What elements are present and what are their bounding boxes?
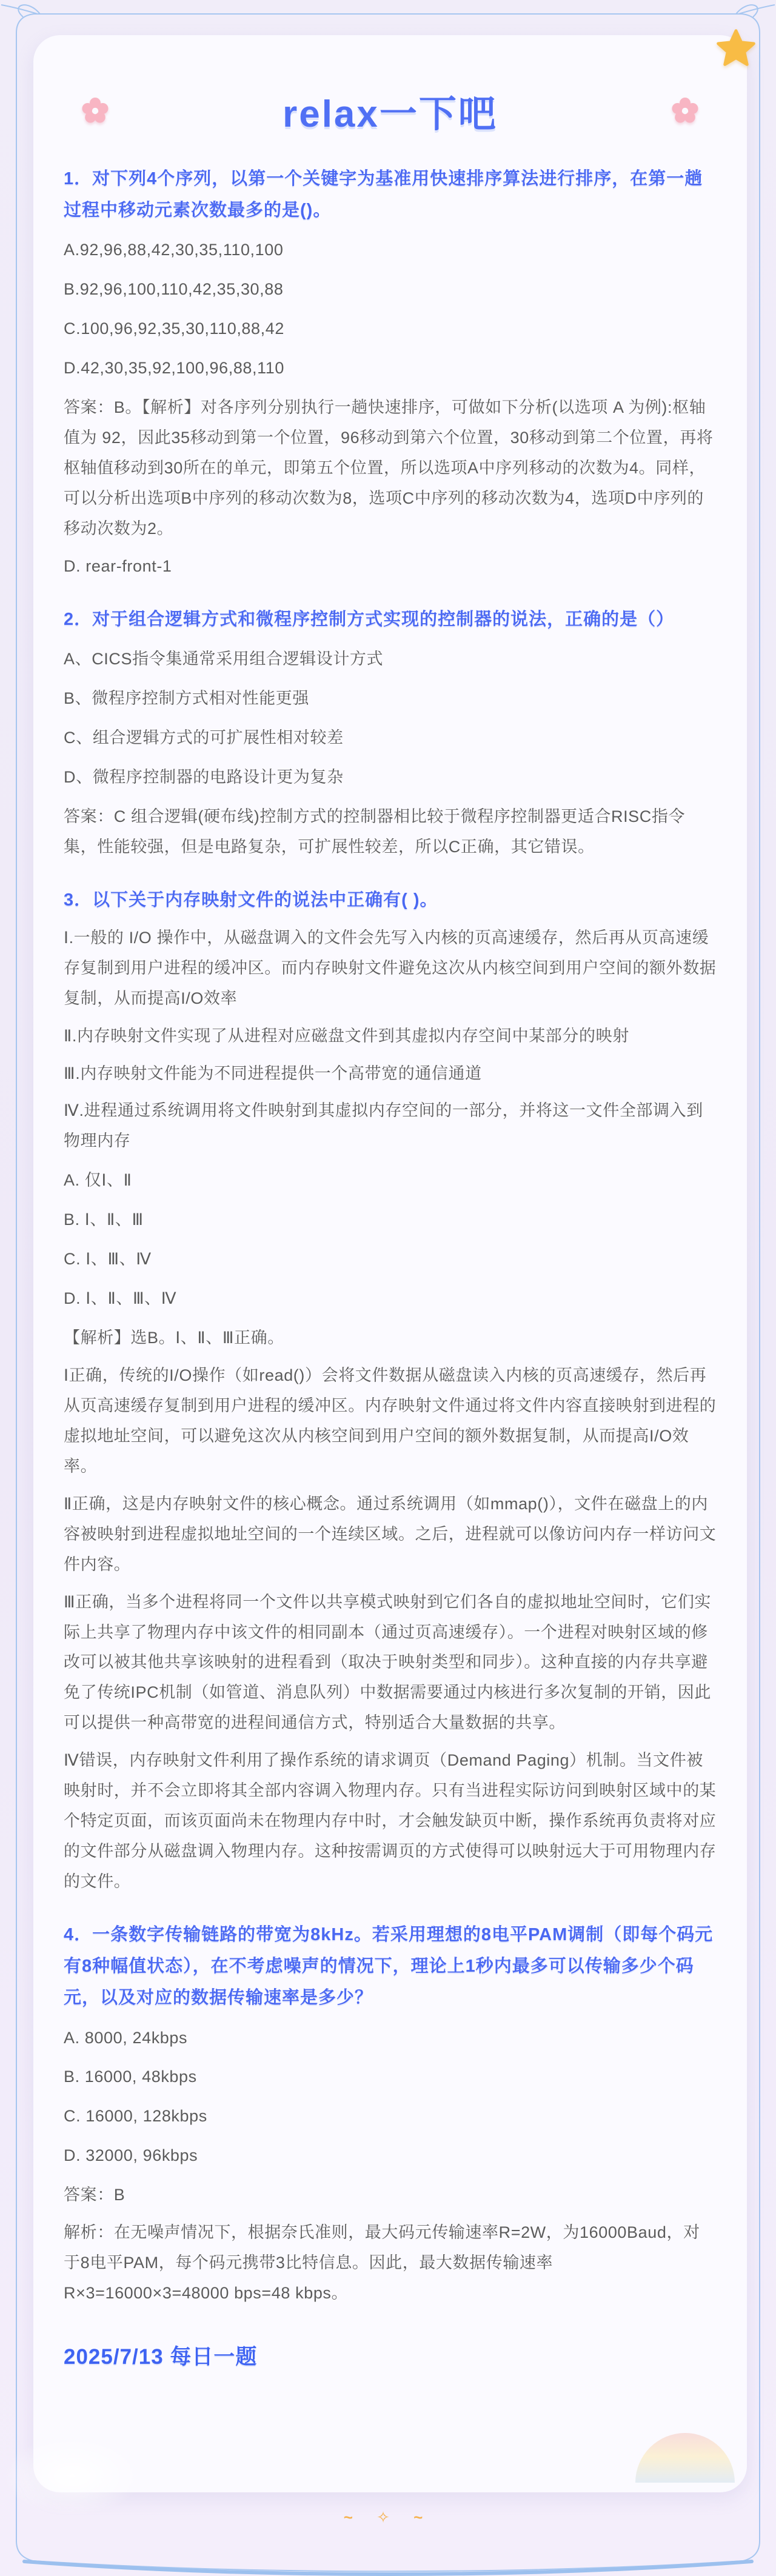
daily-date-label: 2025/7/13 每日一题 [64,2340,717,2371]
question-3-section: 3．以下关于内存映射文件的说法中正确有( )。 Ⅰ.一般的 I/O 操作中，从磁… [64,884,717,1897]
question-3-option-d: D. Ⅰ、Ⅱ、Ⅲ、Ⅳ [64,1284,717,1314]
question-4-option-b: B. 16000, 48kbps [64,2062,717,2092]
question-1-option-b: B.92,96,100,110,42,35,30,88 [64,275,717,305]
sunrise-dome-decoration [635,2433,735,2483]
question-3-analysis-3: Ⅲ正确，当多个进程将同一个文件以共享模式映射到它们各自的虚拟地址空间时，它们实际… [64,1587,717,1739]
question-3-statement-3: Ⅲ.内存映射文件能为不同进程提供一个高带宽的通信通道 [64,1059,717,1089]
question-3-analysis-2: Ⅱ正确，这是内存映射文件的核心概念。通过系统调用（如mmap()），文件在磁盘上… [64,1489,717,1580]
question-4-analysis: 解析：在无噪声情况下，根据奈氏准则，最大码元传输速率R=2W，为16000Bau… [64,2218,717,2309]
question-3-option-c: C. Ⅰ、Ⅲ、Ⅳ [64,1244,717,1275]
question-4-heading: 4．一条数字传输链路的带宽为8kHz。若采用理想的8电平PAM调制（即每个码元有… [64,1919,717,2014]
question-1-answer: 答案：B。【解析】对各序列分别执行一趟快速排序，可做如下分析(以选项 A 为例)… [64,393,717,544]
question-3-option-a: A. 仅Ⅰ、Ⅱ [64,1166,717,1196]
question-3-option-b: B. Ⅰ、Ⅱ、Ⅲ [64,1205,717,1235]
question-2-option-d: D、微程序控制器的电路设计更为复杂 [64,762,717,793]
question-3-statement-2: Ⅱ.内存映射文件实现了从进程对应磁盘文件到其虚拟内存空间中某部分的映射 [64,1021,717,1052]
question-1-option-c: C.100,96,92,35,30,110,88,42 [64,314,717,344]
question-3-heading: 3．以下关于内存映射文件的说法中正确有( )。 [64,884,717,916]
title-row: relax一下吧 [64,62,717,138]
question-2-option-c: C、组合逻辑方式的可扩展性相对较差 [64,723,717,753]
question-3-statement-1: Ⅰ.一般的 I/O 操作中，从磁盘调入的文件会先写入内核的页高速缓存，然后再从页… [64,923,717,1014]
star-icon [714,27,758,70]
sparkle-divider-icon: ~ ✧ ~ [0,2508,776,2527]
question-2-option-b: B、微程序控制方式相对性能更强 [64,684,717,714]
question-2-section: 2．对于组合逻辑方式和微程序控制方式实现的控制器的说法，正确的是（） A、CIC… [64,604,717,863]
quiz-article-page: { "theme": { "background": "#f1edf9", "c… [0,0,776,2576]
question-4-section: 4．一条数字传输链路的带宽为8kHz。若采用理想的8电平PAM调制（即每个码元有… [64,1919,717,2309]
question-2-option-a: A、CICS指令集通常采用组合逻辑设计方式 [64,644,717,675]
question-2-answer: 答案：C 组合逻辑(硬布线)控制方式的控制器相比较于微程序控制器更适合RISC指… [64,802,717,863]
question-1-option-d: D.42,30,35,92,100,96,88,110 [64,353,717,384]
question-4-option-a: A. 8000, 24kbps [64,2023,717,2054]
question-4-option-d: D. 32000, 96kbps [64,2141,717,2171]
content-card: relax一下吧 1．对下列4个序列，以第一个关键字为基准用快速排序算法进行排序… [33,35,747,2492]
flower-icon [671,96,700,125]
question-4-answer: 答案：B [64,2180,717,2211]
envelope-bottom-line [24,2561,752,2574]
question-3-answer: 【解析】选B。Ⅰ、Ⅱ、Ⅲ正确。 [64,1323,717,1353]
question-2-heading: 2．对于组合逻辑方式和微程序控制方式实现的控制器的说法，正确的是（） [64,604,717,635]
question-1-option-a: A.92,96,88,42,30,35,110,100 [64,235,717,265]
question-3-analysis-1: Ⅰ正确，传统的I/O操作（如read()）会将文件数据从磁盘读入内核的页高速缓存… [64,1361,717,1482]
page-title: relax一下吧 [283,84,498,138]
question-4-option-c: C. 16000, 128kbps [64,2101,717,2132]
question-1-extra-line: D. rear-front-1 [64,552,717,582]
question-1-section: 1．对下列4个序列，以第一个关键字为基准用快速排序算法进行排序，在第一趟过程中移… [64,163,717,582]
flower-icon [81,96,110,125]
question-3-statement-4: Ⅳ.进程通过系统调用将文件映射到其虚拟内存空间的一部分，并将这一文件全部调入到物… [64,1096,717,1156]
question-1-heading: 1．对下列4个序列，以第一个关键字为基准用快速排序算法进行排序，在第一趟过程中移… [64,163,717,226]
question-3-analysis-4: Ⅳ错误，内存映射文件利用了操作系统的请求调页（Demand Paging）机制。… [64,1746,717,1897]
